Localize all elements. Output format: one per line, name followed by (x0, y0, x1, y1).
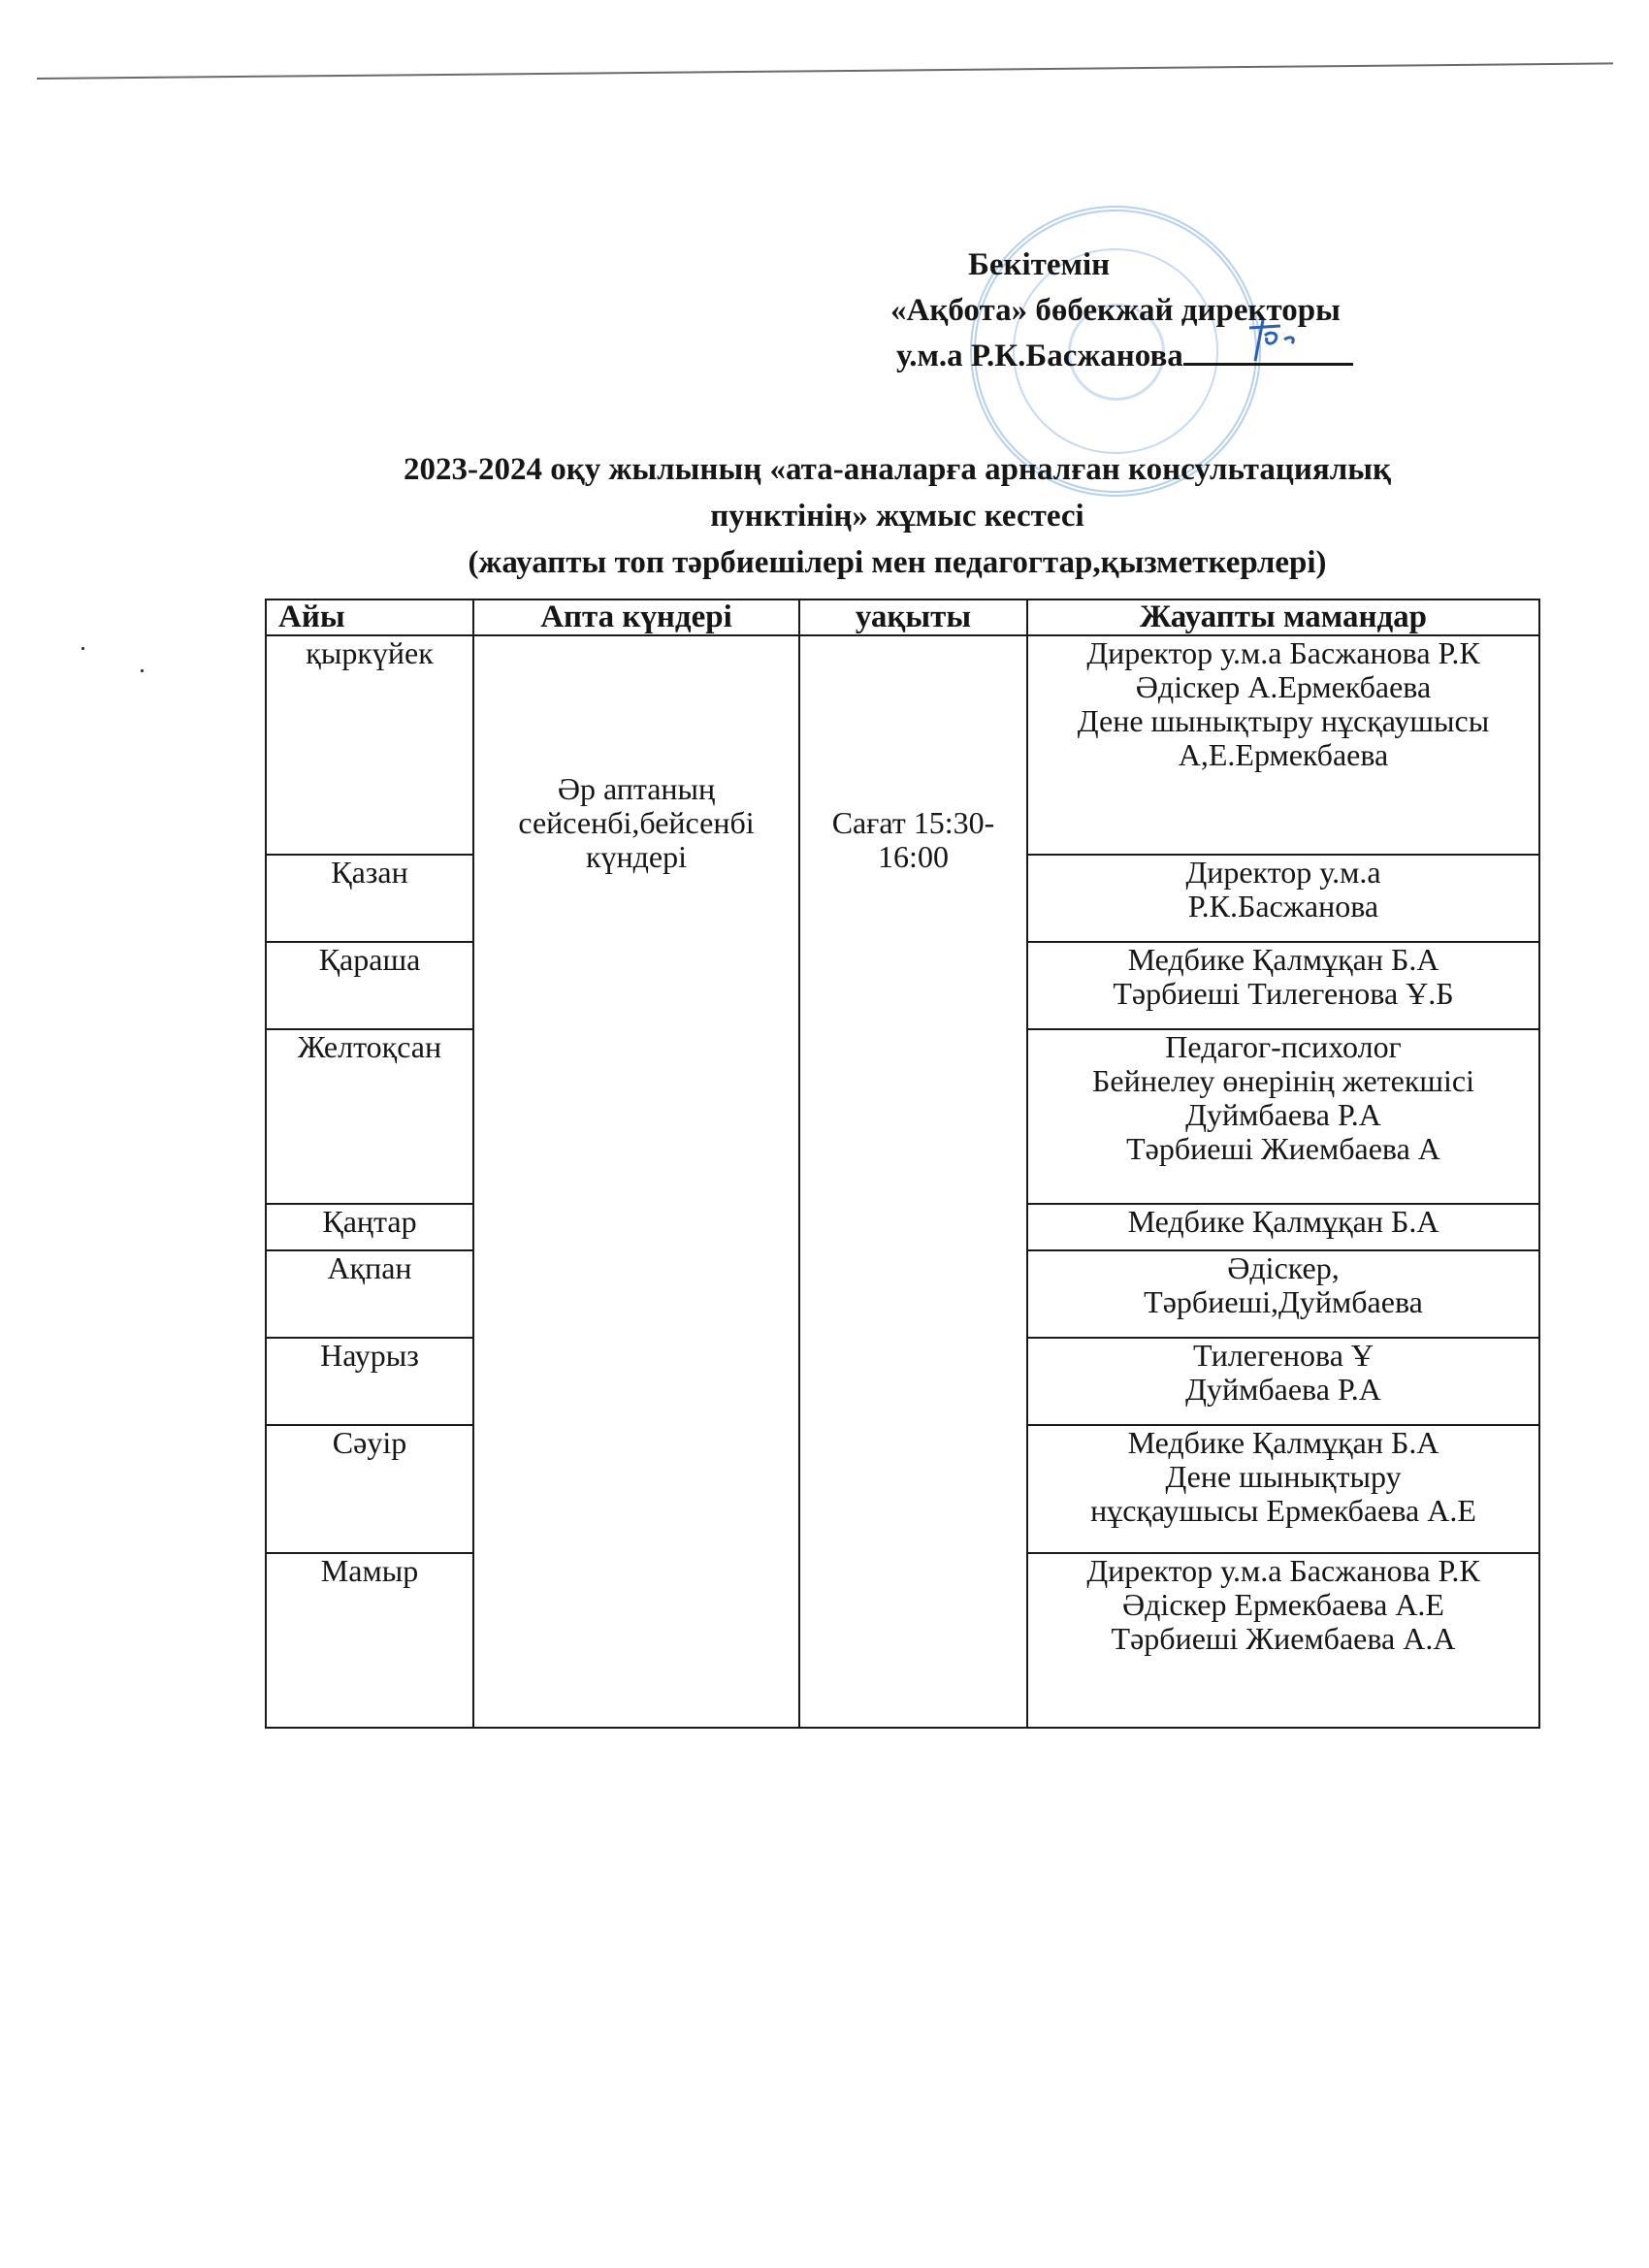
time-cell: Сағат 15:30-16:00 (799, 635, 1027, 1728)
approval-position: «Ақбота» бөбекжай директоры (873, 288, 1474, 334)
days-cell: Әр аптаның сейсенбі,бейсенбі күндері (473, 635, 799, 1728)
approval-block: Бекітемін «Ақбота» бөбекжай директоры у.… (873, 243, 1474, 379)
month-cell: Қаңтар (266, 1204, 473, 1250)
title-line-2: пунктінің» жұмыс кестесі (291, 493, 1503, 539)
staff-cell: Педагог-психолог Бейнелеу өнерінің жетек… (1027, 1029, 1539, 1204)
schedule-table: Айы Апта күндері уақыты Жауапты мамандар… (265, 599, 1540, 1729)
header-days: Апта күндері (473, 599, 799, 635)
staff-cell: Медбике Қалмұқан Б.А Тәрбиеші Тилегенова… (1027, 942, 1539, 1029)
staff-cell: Әдіскер, Тәрбиеші,Дуймбаева (1027, 1250, 1539, 1338)
top-rule (37, 62, 1613, 80)
staff-cell: Тилегенова Ұ Дуймбаева Р.А (1027, 1338, 1539, 1425)
month-cell: Қазан (266, 855, 473, 942)
header-month: Айы (266, 599, 473, 635)
staff-cell: Медбике Қалмұқан Б.А (1027, 1204, 1539, 1250)
header-time: уақыты (799, 599, 1027, 635)
scan-speck (81, 647, 84, 650)
month-cell: Сәуір (266, 1425, 473, 1553)
title-subtitle: (жауапты топ тәрбиешілері мен педагогтар… (291, 539, 1503, 586)
month-cell: Мамыр (266, 1553, 473, 1728)
month-cell: Наурыз (266, 1338, 473, 1425)
header-staff: Жауапты мамандар (1027, 599, 1539, 635)
signatory-name: у.м.а Р.К.Басжанова (896, 339, 1183, 373)
month-cell: қыркүйек (266, 635, 473, 855)
scan-speck (141, 669, 144, 672)
approval-heading: Бекітемін (873, 243, 1474, 288)
table-header-row: Айы Апта күндері уақыты Жауапты мамандар (266, 599, 1539, 635)
month-cell: Ақпан (266, 1250, 473, 1338)
signature-icon (1242, 316, 1309, 365)
document-title: 2023-2024 оқу жылының «ата-аналарға арна… (291, 446, 1503, 586)
staff-cell: Директор у.м.а Басжанова Р.К Әдіскер А.Е… (1027, 635, 1539, 855)
title-line-1: 2023-2024 оқу жылының «ата-аналарға арна… (291, 446, 1503, 493)
staff-cell: Директор у.м.а Басжанова Р.К Әдіскер Ерм… (1027, 1553, 1539, 1728)
approval-signatory: у.м.а Р.К.Басжанова (873, 334, 1474, 379)
table-row: қыркүйекӘр аптаның сейсенбі,бейсенбі күн… (266, 635, 1539, 855)
month-cell: Желтоқсан (266, 1029, 473, 1204)
month-cell: Қараша (266, 942, 473, 1029)
staff-cell: Медбике Қалмұқан Б.А Дене шынықтыру нұсқ… (1027, 1425, 1539, 1553)
signature-line (1183, 336, 1353, 366)
staff-cell: Директор у.м.а Р.К.Басжанова (1027, 855, 1539, 942)
